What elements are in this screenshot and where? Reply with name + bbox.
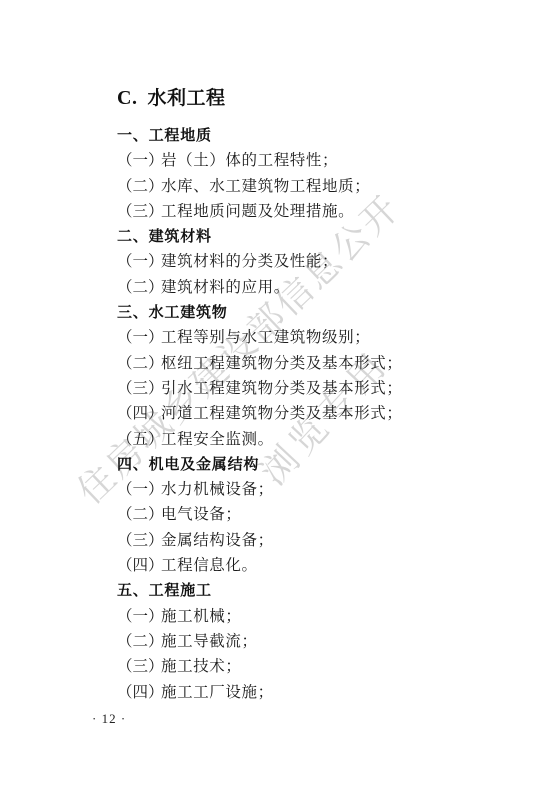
- item-number: （二）: [117, 275, 161, 300]
- item-text: 工程地质问题及处理措施。: [161, 202, 354, 220]
- item-number: （一）: [117, 604, 161, 629]
- section-title: C.水利工程: [117, 84, 225, 112]
- outline-item: （一）水力机械设备；: [117, 477, 437, 502]
- item-text: 工程信息化。: [161, 556, 258, 574]
- item-number: （二）: [117, 174, 161, 199]
- outline-heading: 一、工程地质: [117, 123, 437, 148]
- outline-heading: 四、机电及金属结构: [117, 452, 437, 477]
- item-text: 枢纽工程建筑物分类及基本形式；: [161, 354, 403, 372]
- outline-heading: 五、工程施工: [117, 578, 437, 603]
- item-text: 施工导截流；: [161, 632, 258, 650]
- outline-item: （三）引水工程建筑物分类及基本形式；: [117, 376, 437, 401]
- syllabus-outline: 一、工程地质 （一）岩（土）体的工程特性； （二）水库、水工建筑物工程地质； （…: [117, 123, 437, 705]
- document-page: 住房城乡建设部信息公开 浏览专用 C.水利工程 一、工程地质 （一）岩（土）体的…: [0, 0, 550, 794]
- item-number: （四）: [117, 401, 161, 426]
- outline-item: （四）工程信息化。: [117, 553, 437, 578]
- item-number: （二）: [117, 629, 161, 654]
- item-text: 电气设备；: [161, 505, 242, 523]
- item-number: （五）: [117, 427, 161, 452]
- outline-item: （五）工程安全监测。: [117, 427, 437, 452]
- outline-item: （三）金属结构设备；: [117, 528, 437, 553]
- item-text: 河道工程建筑物分类及基本形式；: [161, 404, 403, 422]
- item-number: （四）: [117, 553, 161, 578]
- page-number: · 12 ·: [92, 711, 126, 727]
- item-number: （一）: [117, 325, 161, 350]
- outline-item: （二）建筑材料的应用。: [117, 275, 437, 300]
- outline-item: （一）岩（土）体的工程特性；: [117, 148, 437, 173]
- item-number: （二）: [117, 351, 161, 376]
- section-code: C.: [117, 87, 137, 109]
- item-text: 水力机械设备；: [161, 480, 274, 498]
- item-text: 施工机械；: [161, 607, 242, 625]
- outline-item: （二）水库、水工建筑物工程地质；: [117, 174, 437, 199]
- item-text: 水库、水工建筑物工程地质；: [161, 177, 370, 195]
- item-number: （一）: [117, 249, 161, 274]
- item-number: （一）: [117, 148, 161, 173]
- item-text: 建筑材料的应用。: [161, 278, 290, 296]
- item-text: 施工工厂设施；: [161, 683, 274, 701]
- outline-heading: 二、建筑材料: [117, 224, 437, 249]
- item-text: 引水工程建筑物分类及基本形式；: [161, 379, 403, 397]
- outline-item: （一）施工机械；: [117, 604, 437, 629]
- item-number: （四）: [117, 680, 161, 705]
- item-number: （三）: [117, 199, 161, 224]
- item-number: （二）: [117, 502, 161, 527]
- outline-item: （二）电气设备；: [117, 502, 437, 527]
- outline-item: （二）施工导截流；: [117, 629, 437, 654]
- item-number: （一）: [117, 477, 161, 502]
- item-text: 建筑材料的分类及性能；: [161, 252, 338, 270]
- outline-item: （一）建筑材料的分类及性能；: [117, 249, 437, 274]
- outline-heading: 三、水工建筑物: [117, 300, 437, 325]
- item-number: （三）: [117, 376, 161, 401]
- outline-item: （三）施工技术；: [117, 654, 437, 679]
- item-text: 工程等别与水工建筑物级别；: [161, 328, 370, 346]
- item-number: （三）: [117, 528, 161, 553]
- outline-item: （二）枢纽工程建筑物分类及基本形式；: [117, 351, 437, 376]
- section-title-text: 水利工程: [147, 87, 225, 109]
- item-text: 金属结构设备；: [161, 531, 274, 549]
- item-text: 施工技术；: [161, 657, 242, 675]
- item-text: 岩（土）体的工程特性；: [161, 151, 338, 169]
- outline-item: （四）施工工厂设施；: [117, 680, 437, 705]
- item-number: （三）: [117, 654, 161, 679]
- outline-item: （一）工程等别与水工建筑物级别；: [117, 325, 437, 350]
- outline-item: （三）工程地质问题及处理措施。: [117, 199, 437, 224]
- outline-item: （四）河道工程建筑物分类及基本形式；: [117, 401, 437, 426]
- item-text: 工程安全监测。: [161, 430, 274, 448]
